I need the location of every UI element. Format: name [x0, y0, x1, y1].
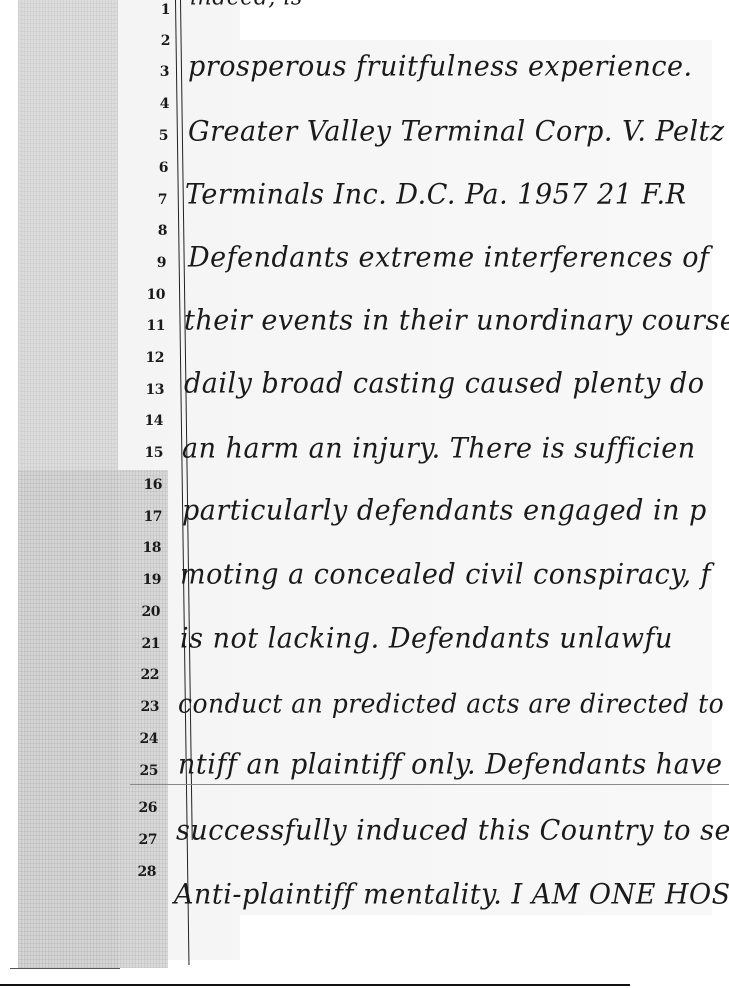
handwritten-line: particularly defendants engaged in p [182, 494, 707, 527]
page-edge [10, 968, 120, 969]
line-number: 2 [140, 33, 170, 49]
line-number: 6 [138, 160, 168, 176]
line-number: 20 [130, 604, 160, 620]
handwritten-line: Defendants extreme interferences of [188, 241, 709, 274]
line-number: 28 [126, 864, 156, 880]
scan-crease-line [130, 784, 729, 785]
line-number: 14 [133, 413, 163, 429]
line-number: 23 [129, 699, 159, 715]
handwritten-line: Greater Valley Terminal Corp. V. Peltz [188, 115, 725, 148]
line-number: 12 [134, 350, 164, 366]
line-number: 21 [130, 636, 160, 652]
line-number: 19 [131, 572, 161, 588]
handwritten-line: is not lacking. Defendants unlawfu [180, 622, 673, 655]
handwritten-line: indeed, is [190, 0, 303, 11]
line-number: 26 [127, 800, 157, 816]
line-number: 17 [132, 509, 162, 525]
line-number: 18 [131, 540, 161, 556]
line-number: 1 [140, 2, 170, 18]
line-number: 3 [139, 64, 169, 80]
handwritten-line: Terminals Inc. D.C. Pa. 1957 21 F.R [185, 178, 686, 211]
line-number: 27 [127, 832, 157, 848]
line-number: 15 [133, 445, 163, 461]
line-number: 25 [128, 763, 158, 779]
line-number: 9 [136, 255, 166, 271]
page-edge [0, 984, 630, 986]
handwritten-line: daily broad casting caused plenty do [184, 367, 705, 400]
handwritten-line: Anti-plaintiff mentality. I AM ONE HOSTA [174, 878, 729, 911]
line-number: 10 [135, 287, 165, 303]
scanned-page: 1 2 3 4 5 6 7 8 9 10 11 12 13 14 15 16 1… [0, 0, 729, 988]
handwritten-line: prosperous fruitfulness experience. [188, 50, 693, 83]
paper-highlight [240, 915, 729, 960]
line-number: 22 [129, 667, 159, 683]
line-number: 8 [137, 223, 167, 239]
line-number: 7 [137, 192, 167, 208]
line-number: 13 [134, 382, 164, 398]
line-number: 16 [132, 477, 162, 493]
line-number: 11 [135, 318, 165, 334]
handwritten-line: successfully induced this Country to ser… [176, 814, 729, 847]
left-gutter [0, 0, 18, 968]
handwritten-line: ntiff an plaintiff only. Defendants have [178, 748, 722, 781]
paper-highlight [240, 0, 729, 40]
handwritten-line: moting a concealed civil conspiracy, f [180, 558, 711, 591]
line-number: 5 [138, 128, 168, 144]
line-number: 4 [139, 96, 169, 112]
handwritten-line: an harm an injury. There is sufficien [182, 432, 696, 465]
handwritten-line: their events in their unordinary course [184, 304, 729, 337]
handwritten-line: conduct an predicted acts are directed t… [178, 689, 729, 719]
line-number: 24 [128, 731, 158, 747]
